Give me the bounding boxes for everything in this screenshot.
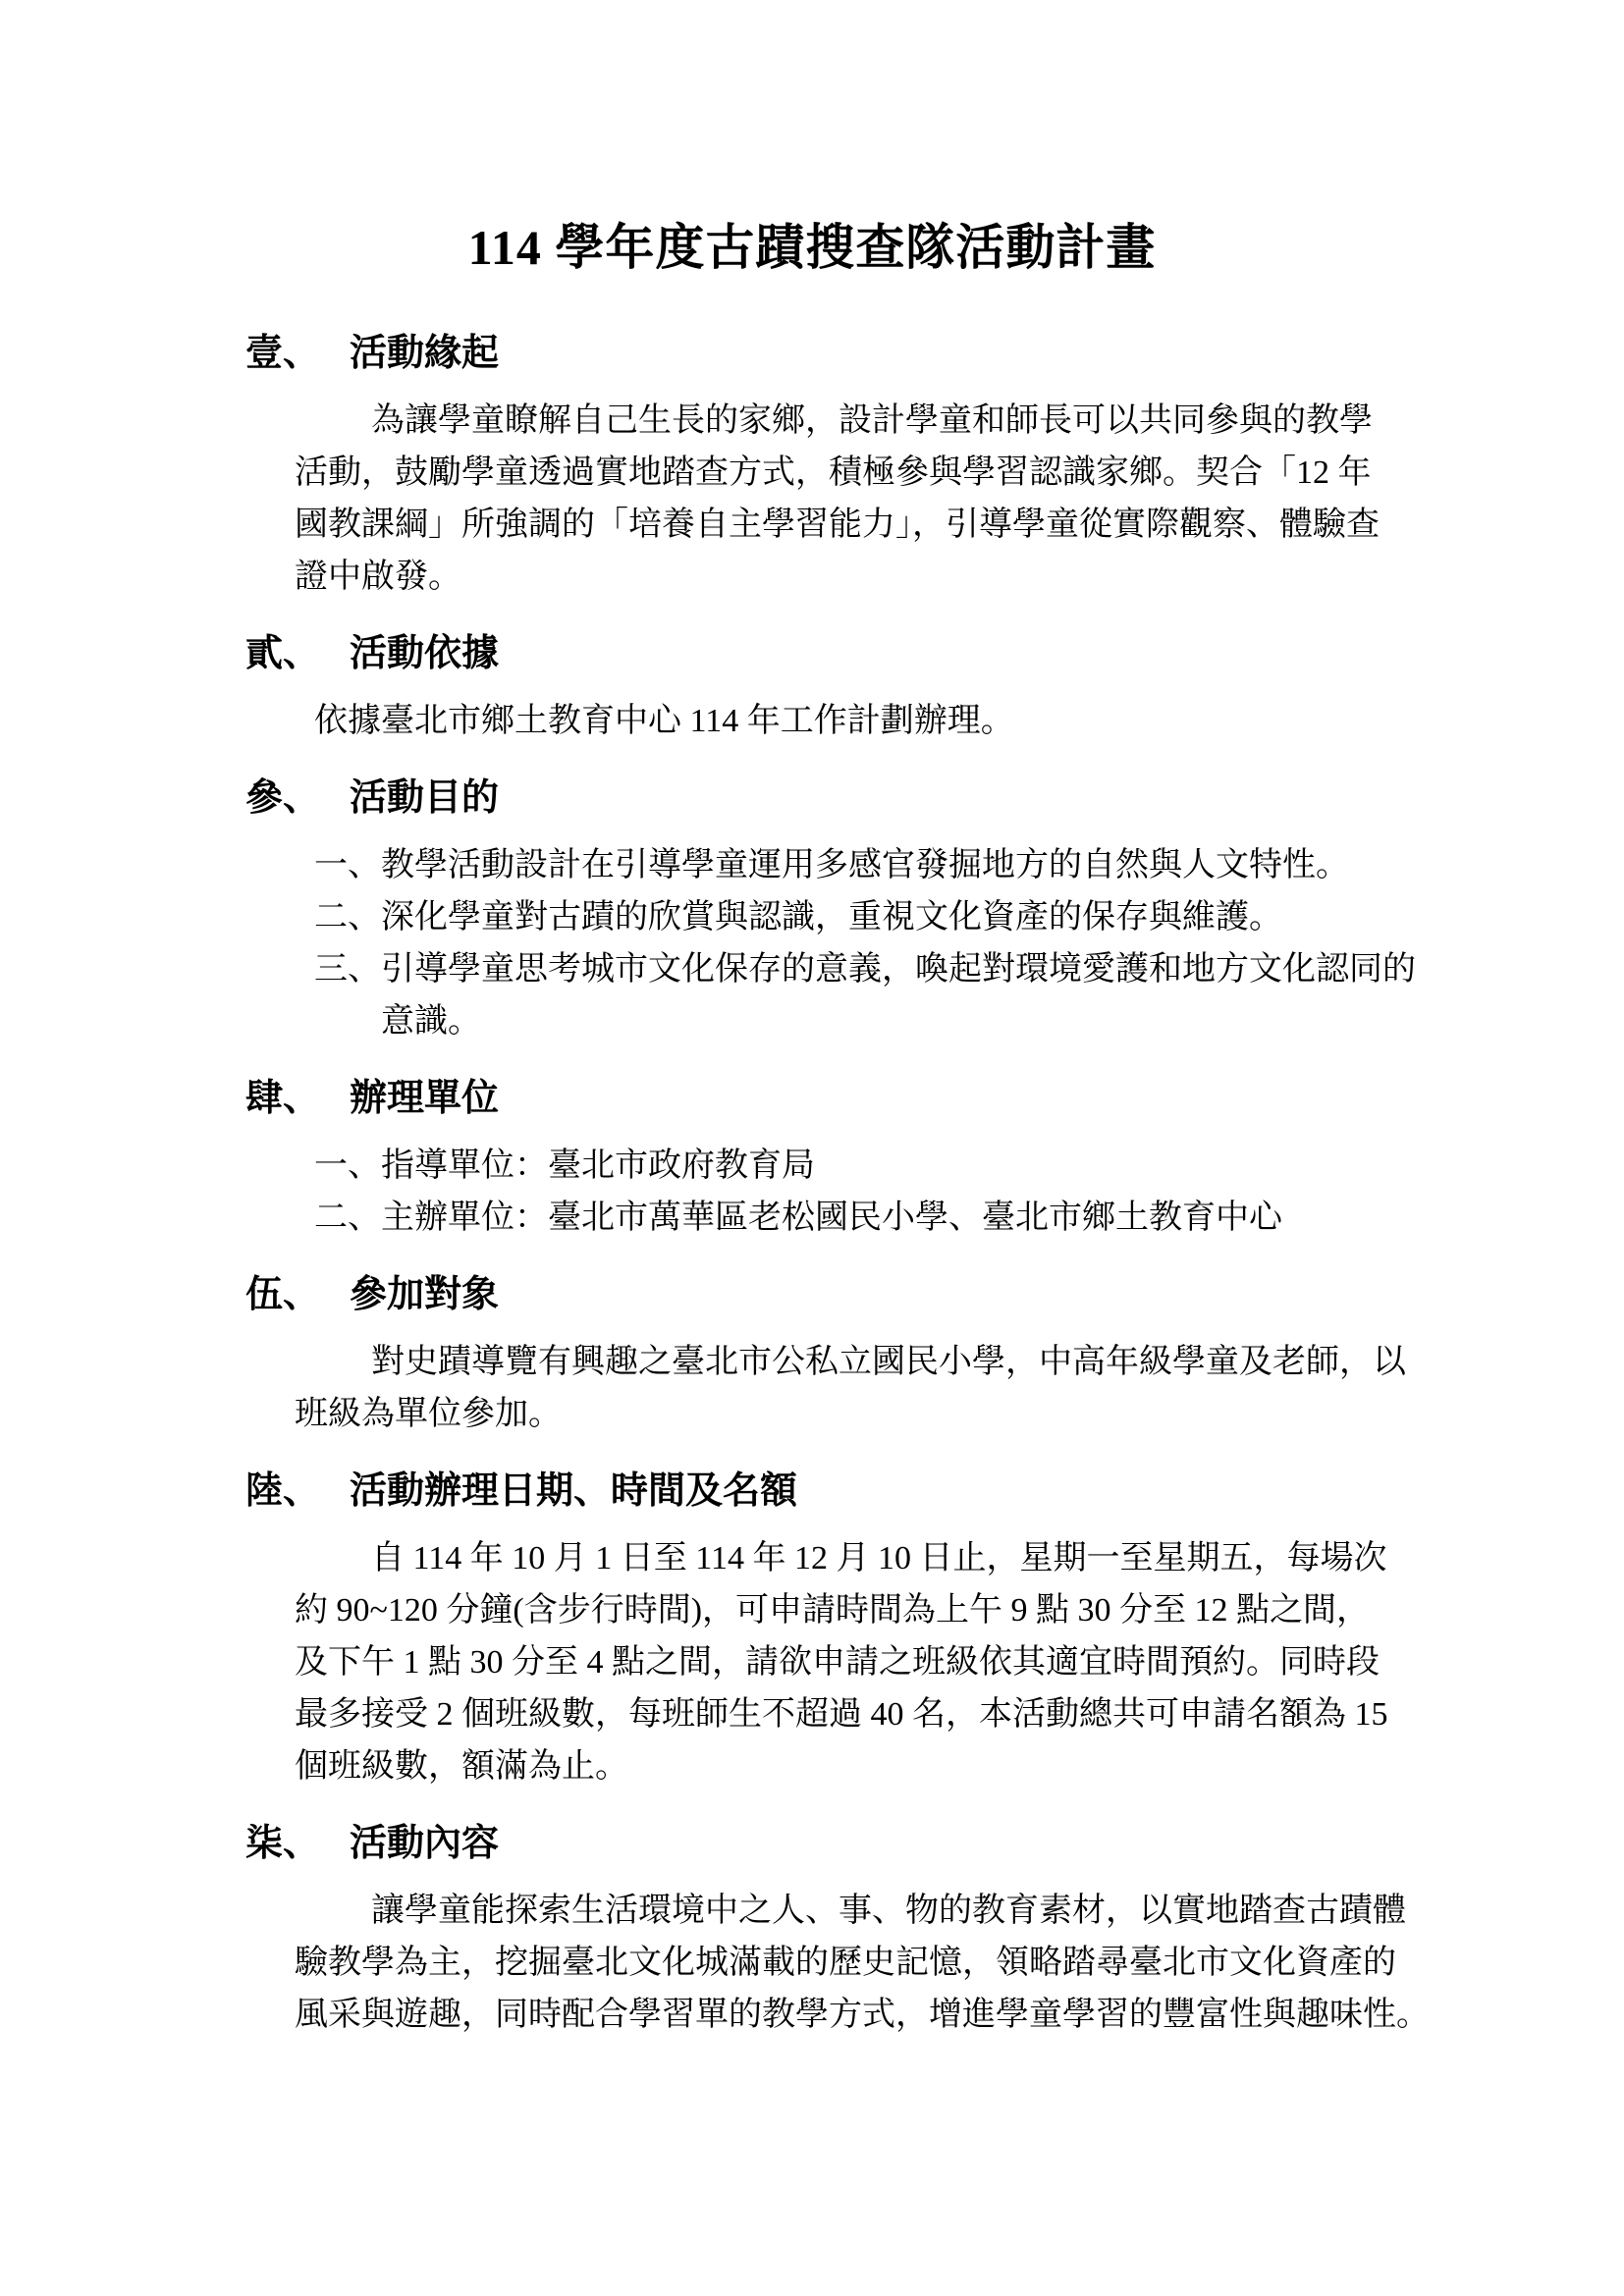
section-heading-text: 活動內容 bbox=[350, 1823, 499, 1864]
list-item: 一、指導單位：臺北市政府教育局 bbox=[314, 1140, 1624, 1192]
section-heading-purpose: 參、活動目的 bbox=[245, 771, 1624, 826]
paragraph-line: 對史蹟導覽有興趣之臺北市公私立國民小學，中高年級學童及老師，以 bbox=[295, 1336, 1624, 1388]
list-item-line: 意識。 bbox=[381, 995, 1624, 1047]
list-item-text: 主辦單位：臺北市萬華區老松國民小學、臺北市鄉土教育中心 bbox=[381, 1200, 1282, 1236]
section-label: 陸、 bbox=[245, 1470, 320, 1512]
list-item-line: 二、主辦單位：臺北市萬華區老松國民小學、臺北市鄉土教育中心 bbox=[314, 1192, 1624, 1244]
paragraph-line: 依據臺北市鄉土教育中心 114 年工作計劃辦理。 bbox=[314, 695, 1624, 747]
paragraph-line: 班級為單位參加。 bbox=[295, 1388, 1624, 1440]
section-label: 柒、 bbox=[245, 1823, 320, 1864]
paragraph-line: 驗教學為主，挖掘臺北文化城滿載的歷史記憶，領略踏尋臺北市文化資產的 bbox=[295, 1937, 1624, 1989]
paragraph-line: 約 90~120 分鐘(含步行時間)，可申請時間為上午 9 點 30 分至 12… bbox=[295, 1584, 1624, 1636]
list-item: 二、主辦單位：臺北市萬華區老松國民小學、臺北市鄉土教育中心 bbox=[314, 1192, 1624, 1244]
section-heading-organizers: 肆、辦理單位 bbox=[245, 1071, 1624, 1126]
list-item-text: 指導單位：臺北市政府教育局 bbox=[381, 1148, 815, 1184]
list-item-marker: 一、 bbox=[314, 1148, 381, 1184]
section-heading-schedule: 陸、活動辦理日期、時間及名額 bbox=[245, 1464, 1624, 1519]
list-item-line: 一、指導單位：臺北市政府教育局 bbox=[314, 1140, 1624, 1192]
paragraph-line: 個班級數，額滿為止。 bbox=[295, 1740, 1624, 1792]
section-basis-paragraph: 依據臺北市鄉土教育中心 114 年工作計劃辦理。 bbox=[314, 695, 1624, 747]
list-item: 一、教學活動設計在引導學童運用多感官發掘地方的自然與人文特性。 bbox=[314, 839, 1624, 891]
paragraph-line: 及下午 1 點 30 分至 4 點之間，請欲申請之班級依其適宜時間預約。同時段 bbox=[295, 1636, 1624, 1688]
list-item-marker: 二、 bbox=[314, 1200, 381, 1236]
section-label: 壹、 bbox=[245, 333, 320, 374]
section-schedule-paragraph: 自 114 年 10 月 1 日至 114 年 12 月 10 日止，星期一至星… bbox=[295, 1532, 1624, 1792]
paragraph-line: 證中啟發。 bbox=[295, 551, 1624, 603]
paragraph-line: 最多接受 2 個班級數，每班師生不超過 40 名，本活動總共可申請名額為 15 bbox=[295, 1688, 1624, 1740]
section-organizers-list: 一、指導單位：臺北市政府教育局 二、主辦單位：臺北市萬華區老松國民小學、臺北市鄉… bbox=[314, 1140, 1624, 1244]
section-heading-text: 活動辦理日期、時間及名額 bbox=[350, 1470, 797, 1512]
section-heading-text: 參加對象 bbox=[350, 1274, 499, 1315]
list-item-line: 一、教學活動設計在引導學童運用多感官發掘地方的自然與人文特性。 bbox=[314, 839, 1624, 891]
paragraph-line: 活動，鼓勵學童透過實地踏查方式，積極參與學習認識家鄉。契合「12 年 bbox=[295, 447, 1624, 499]
section-heading-text: 辦理單位 bbox=[350, 1078, 499, 1119]
list-item-line: 三、引導學童思考城市文化保存的意義，喚起對環境愛護和地方文化認同的 bbox=[314, 943, 1624, 995]
list-item-text: 教學活動設計在引導學童運用多感官發掘地方的自然與人文特性。 bbox=[381, 847, 1349, 883]
paragraph-line: 國教課綱」所強調的「培養自主學習能力」，引導學童從實際觀察、體驗查 bbox=[295, 499, 1624, 551]
section-purpose-list: 一、教學活動設計在引導學童運用多感官發掘地方的自然與人文特性。 二、深化學童對古… bbox=[314, 839, 1624, 1047]
paragraph-line: 讓學童能探索生活環境中之人、事、物的教育素材，以實地踏查古蹟體 bbox=[295, 1885, 1624, 1937]
list-item: 二、深化學童對古蹟的欣賞與認識，重視文化資產的保存與維護。 bbox=[314, 891, 1624, 943]
section-label: 伍、 bbox=[245, 1274, 320, 1315]
document-page: 114 學年度古蹟搜查隊活動計畫 壹、活動緣起 為讓學童瞭解自己生長的家鄉，設計… bbox=[0, 0, 1624, 2296]
list-item-text: 引導學童思考城市文化保存的意義，喚起對環境愛護和地方文化認同的 bbox=[381, 951, 1416, 988]
list-item-line: 二、深化學童對古蹟的欣賞與認識，重視文化資產的保存與維護。 bbox=[314, 891, 1624, 943]
section-heading-text: 活動緣起 bbox=[350, 333, 499, 374]
paragraph-line: 自 114 年 10 月 1 日至 114 年 12 月 10 日止，星期一至星… bbox=[295, 1532, 1624, 1584]
section-heading-text: 活動目的 bbox=[350, 777, 499, 819]
section-label: 肆、 bbox=[245, 1078, 320, 1119]
paragraph-line: 為讓學童瞭解自己生長的家鄉，設計學童和師長可以共同參與的教學 bbox=[295, 395, 1624, 447]
section-label: 貳、 bbox=[245, 633, 320, 674]
section-heading-basis: 貳、活動依據 bbox=[245, 626, 1624, 681]
list-item-marker: 三、 bbox=[314, 951, 381, 988]
paragraph-line: 風采與遊趣，同時配合學習單的教學方式，增進學童學習的豐富性與趣味性。 bbox=[295, 1989, 1624, 2041]
section-heading-participants: 伍、參加對象 bbox=[245, 1267, 1624, 1322]
section-heading-text: 活動依據 bbox=[350, 633, 499, 674]
section-content-paragraph: 讓學童能探索生活環境中之人、事、物的教育素材，以實地踏查古蹟體 驗教學為主，挖掘… bbox=[295, 1885, 1624, 2041]
page-title: 114 學年度古蹟搜查隊活動計畫 bbox=[0, 216, 1624, 279]
section-heading-origin: 壹、活動緣起 bbox=[245, 326, 1624, 381]
section-label: 參、 bbox=[245, 777, 320, 819]
list-item-marker: 二、 bbox=[314, 899, 381, 935]
section-origin-paragraph: 為讓學童瞭解自己生長的家鄉，設計學童和師長可以共同參與的教學 活動，鼓勵學童透過… bbox=[295, 395, 1624, 603]
list-item-marker: 一、 bbox=[314, 847, 381, 883]
list-item-text: 深化學童對古蹟的欣賞與認識，重視文化資產的保存與維護。 bbox=[381, 899, 1282, 935]
section-participants-paragraph: 對史蹟導覽有興趣之臺北市公私立國民小學，中高年級學童及老師，以 班級為單位參加。 bbox=[295, 1336, 1624, 1440]
list-item: 三、引導學童思考城市文化保存的意義，喚起對環境愛護和地方文化認同的 意識。 bbox=[314, 943, 1624, 1047]
section-heading-content: 柒、活動內容 bbox=[245, 1816, 1624, 1871]
